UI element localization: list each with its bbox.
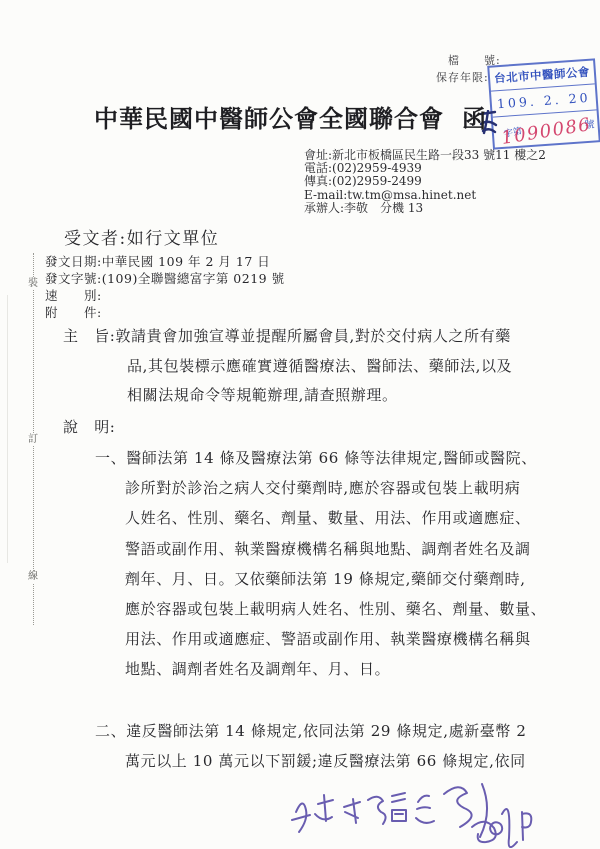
contact-email: E-mail:tw.tm@msa.hinet.net bbox=[304, 189, 546, 202]
body-line: 應於容器或包裝上載明病人姓名、性別、藥名、劑量、數量、 bbox=[95, 594, 546, 624]
subject-paragraph: 主 旨:敦請貴會加強宣導並提醒所屬會員,對於交付病人之所有藥 品,其包裝標示應確… bbox=[63, 322, 512, 411]
issue-date-line: 發文日期:中華民國 109 年 2 月 17 日 bbox=[45, 253, 285, 270]
scanned-letter-page: 裝 訂 線 檔 號: 保存年限: 台北市中醫師公會 109. 2. 20 字第 … bbox=[0, 0, 600, 849]
contact-fax: 傳真:(02)2959-2499 bbox=[304, 175, 546, 188]
contact-info: 會址:新北市板橋區民生路一段33 號11 樓之2 電話:(02)2959-493… bbox=[304, 149, 546, 215]
contact-person: 承辦人:李敬 分機 13 bbox=[304, 202, 546, 215]
explanation-item-1: 一、醫師法第 14 條及醫療法第 66 條等法律規定,醫師或醫院、 診所對於診治… bbox=[95, 443, 546, 685]
explanation-item-2: 二、違反醫師法第 14 條規定,依同法第 29 條規定,處新臺幣 2 萬元以上 … bbox=[95, 716, 527, 776]
document-meta: 發文日期:中華民國 109 年 2 月 17 日 發文字號:(109)全聯醫總富… bbox=[45, 253, 285, 321]
body-line: 警語或副作用、執業醫療機構名稱與地點、調劑者姓名及調 bbox=[95, 534, 546, 564]
document-title: 中華民國中醫師公會全國聯合會 函 bbox=[94, 99, 487, 134]
binding-mark-ding: 訂 bbox=[26, 434, 40, 446]
body-line: 診所對於診治之病人交付藥劑時,應於容器或包裝上載明病 bbox=[95, 473, 546, 503]
body-line: 人姓名、性別、藥名、劑量、數量、用法、作用或適應症、 bbox=[95, 503, 546, 533]
body-line: 用法、作用或適應症、警語或副作用、執業醫療機構名稱與 bbox=[95, 624, 546, 654]
body-line: 萬元以上 10 萬元以下罰鍰;違反醫療法第 66 條規定,依同 bbox=[95, 746, 527, 776]
subject-line: 主 旨:敦請貴會加強宣導並提醒所屬會員,對於交付病人之所有藥 bbox=[63, 322, 512, 352]
handwritten-note bbox=[286, 782, 534, 848]
attachment-line: 附 件: bbox=[45, 304, 285, 321]
priority-line: 速 別: bbox=[45, 287, 285, 304]
explanation-label: 說 明: bbox=[63, 412, 115, 442]
body-line: 劑年、月、日。又依藥師法第 19 條規定,藥師交付藥劑時, bbox=[95, 564, 546, 594]
retention-period-label: 保存年限: bbox=[436, 69, 489, 85]
binding-mark-xian: 線 bbox=[26, 571, 40, 583]
body-line: 二、違反醫師法第 14 條規定,依同法第 29 條規定,處新臺幣 2 bbox=[95, 716, 527, 746]
binding-mark-zhuang: 裝 bbox=[26, 278, 40, 290]
issue-number-line: 發文字號:(109)全聯醫總富字第 0219 號 bbox=[45, 270, 285, 287]
issuer-name: 中華民國中醫師公會全國聯合會 bbox=[94, 99, 444, 134]
subject-line: 相關法規命令等規範辦理,請查照辦理。 bbox=[63, 381, 512, 411]
body-line: 地點、調劑者姓名及調劑年、月、日。 bbox=[95, 654, 546, 684]
recipient-line: 受文者:如行文單位 bbox=[64, 224, 219, 249]
subject-line: 品,其包裝標示應確實遵循醫療法、醫師法、藥師法,以及 bbox=[63, 352, 512, 382]
body-line: 一、醫師法第 14 條及醫療法第 66 條等法律規定,醫師或醫院、 bbox=[95, 443, 546, 473]
scan-artifact-line bbox=[7, 295, 8, 563]
letter-type: 函 bbox=[462, 99, 487, 134]
